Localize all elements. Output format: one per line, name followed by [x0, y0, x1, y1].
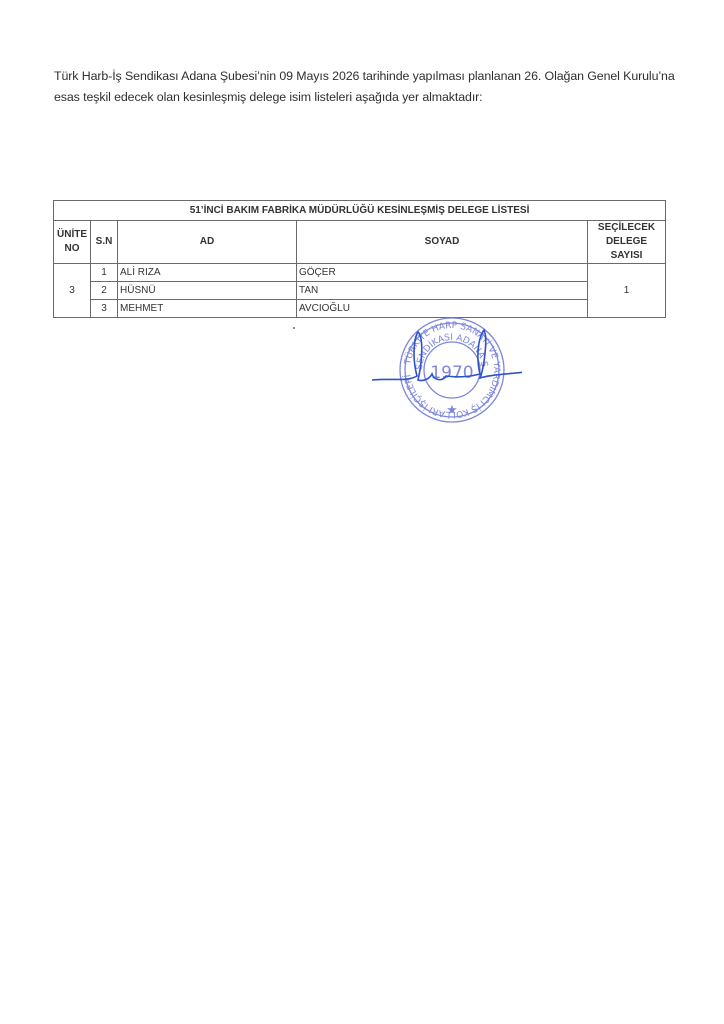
intro-line-1: Türk Harb-İş Sendikası Adana Şubesi’nin … [54, 66, 694, 87]
header-sn: S.N [91, 221, 118, 264]
ad-cell: MEHMET [118, 300, 297, 318]
stamp-seal-icon: TÜRKİYE HARP SANAYİ VE YARDIMCI İŞ KOLLA… [372, 308, 522, 428]
ad-cell: HÜSNÜ [118, 282, 297, 300]
header-secilecek-line1: SEÇİLECEK [598, 222, 655, 233]
header-unite-no: ÜNİTE NO [54, 221, 91, 264]
header-secilecek: SEÇİLECEK DELEGE SAYISI [588, 221, 666, 264]
stray-mark [293, 327, 295, 329]
intro-paragraph: Türk Harb-İş Sendikası Adana Şubesi’nin … [54, 66, 694, 108]
svg-text:1970: 1970 [430, 363, 473, 383]
sn-cell: 2 [91, 282, 118, 300]
table-row: 3 MEHMET AVCIOĞLU [54, 300, 666, 318]
ad-cell: ALİ RIZA [118, 264, 297, 282]
svg-text:SENDİKASI ADANA ŞUBESİ: SENDİKASI ADANA ŞUBESİ [372, 308, 489, 370]
table-row: 2 HÜSNÜ TAN [54, 282, 666, 300]
header-unite-no-line1: ÜNİTE [57, 229, 87, 240]
delegate-list-table: 51’İNCİ BAKIM FABRİKA MÜDÜRLÜĞÜ KESİNLEŞ… [53, 200, 666, 318]
header-secilecek-line2: DELEGE SAYISI [606, 236, 647, 261]
official-stamp: TÜRKİYE HARP SANAYİ VE YARDIMCI İŞ KOLLA… [372, 308, 522, 428]
header-unite-no-line2: NO [65, 243, 80, 254]
unite-no-cell: 3 [54, 264, 91, 318]
table-title: 51’İNCİ BAKIM FABRİKA MÜDÜRLÜĞÜ KESİNLEŞ… [54, 201, 666, 221]
sn-cell: 3 [91, 300, 118, 318]
soyad-cell: TAN [297, 282, 588, 300]
intro-line-2: esas teşkil edecek olan kesinleşmiş dele… [54, 87, 694, 108]
soyad-cell: GÖÇER [297, 264, 588, 282]
sn-cell: 1 [91, 264, 118, 282]
svg-text:★: ★ [446, 403, 458, 418]
secilecek-cell: 1 [588, 264, 666, 318]
table-row: 3 1 ALİ RIZA GÖÇER 1 [54, 264, 666, 282]
header-ad: AD [118, 221, 297, 264]
header-soyad: SOYAD [297, 221, 588, 264]
